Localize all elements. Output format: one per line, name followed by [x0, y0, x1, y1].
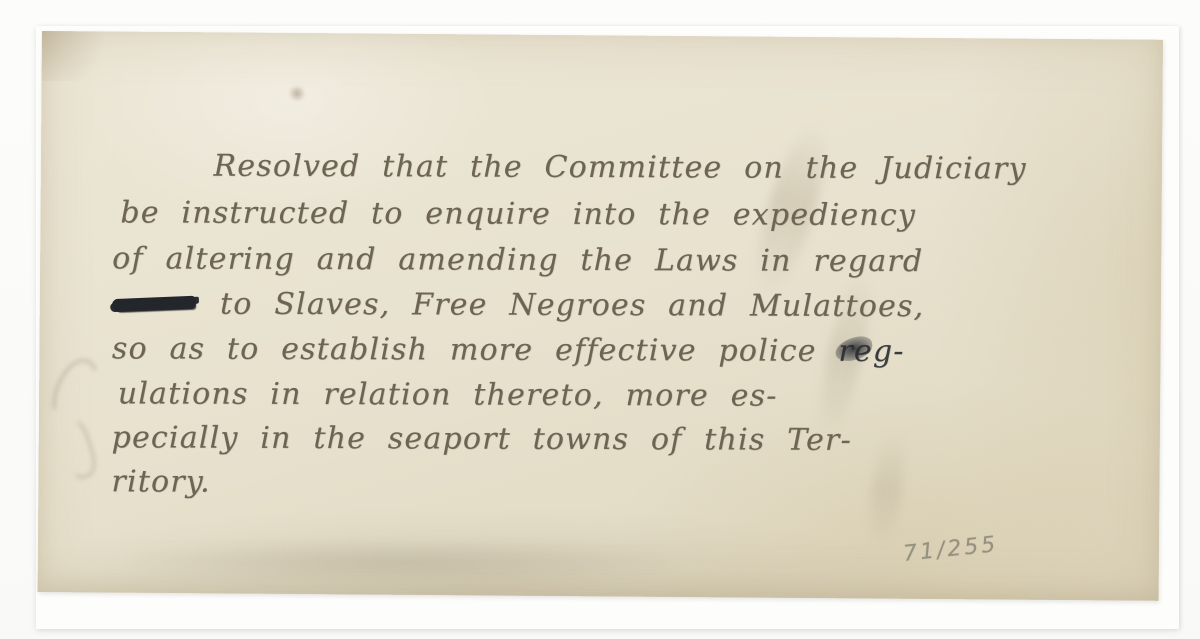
manuscript-line: so as to establish more effective police…: [112, 331, 905, 369]
ink-scribble: [112, 296, 196, 312]
manuscript-line: pecially in the seaport towns of this Te…: [112, 420, 852, 458]
ink-blotted-text: reg-: [838, 334, 904, 369]
manuscript-line: of altering and amending the Laws in reg…: [112, 241, 923, 279]
manuscript-line-text: so as to establish more effective police: [112, 331, 839, 369]
manuscript-line: ulations in relation thereto, more es-: [118, 376, 778, 413]
manuscript-text-block: Resolved that the Committee on the Judic…: [0, 0, 1200, 639]
scan-stage: Resolved that the Committee on the Judic…: [0, 0, 1200, 639]
manuscript-line-text: to Slaves, Free Negroes and Mulattoes,: [220, 287, 924, 324]
manuscript-line: Resolved that the Committee on the Judic…: [213, 149, 1026, 187]
manuscript-line: to Slaves, Free Negroes and Mulattoes,: [112, 286, 924, 324]
manuscript-line: ritory.: [111, 464, 210, 499]
manuscript-line: be instructed to enquire into the expedi…: [120, 195, 916, 233]
